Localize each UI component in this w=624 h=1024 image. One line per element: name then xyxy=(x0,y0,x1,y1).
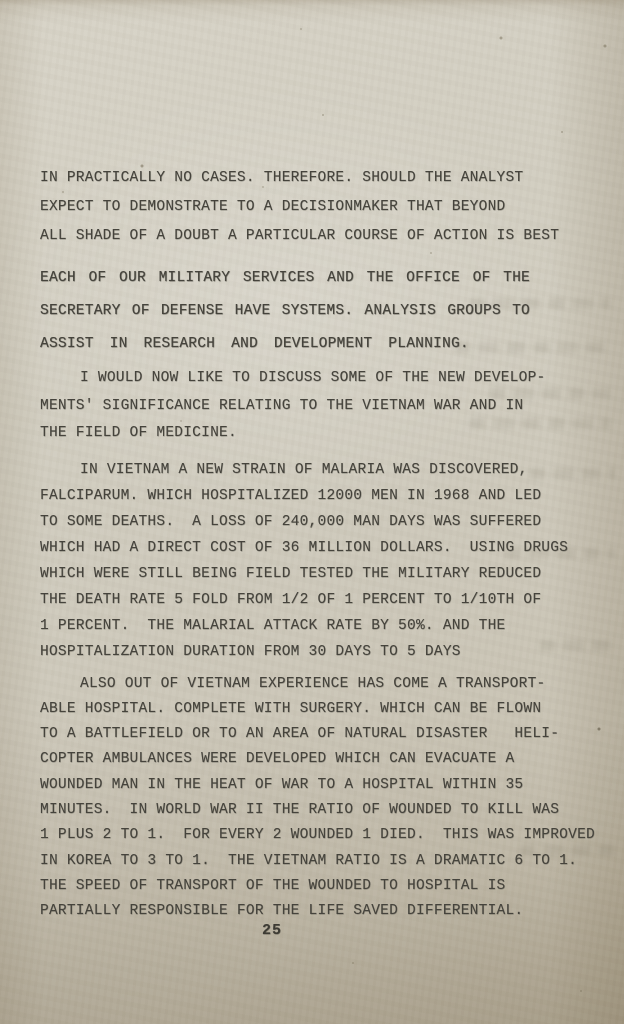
typewritten-line: I WOULD NOW LIKE TO DISCUSS SOME OF THE … xyxy=(40,365,596,393)
typewritten-line: IN VIETNAM A NEW STRAIN OF MALARIA WAS D… xyxy=(40,457,596,483)
typewritten-line: ALSO OUT OF VIETNAM EXPERIENCE HAS COME … xyxy=(40,672,596,697)
page-number: 25 xyxy=(262,922,282,939)
paragraph-analyst-caveat: IN PRACTICALLY NO CASES. THEREFORE. SHOU… xyxy=(40,164,596,251)
typewritten-line: ABLE HOSPITAL. COMPLETE WITH SURGERY. WH… xyxy=(40,697,596,722)
typewritten-line: WOUNDED MAN IN THE HEAT OF WAR TO A HOSP… xyxy=(40,773,596,798)
paper-speckles xyxy=(0,0,2,2)
typewritten-line: TO A BATTLEFIELD OR TO AN AREA OF NATURA… xyxy=(40,722,596,747)
typewritten-line: EACH OF OUR MILITARY SERVICES AND THE OF… xyxy=(40,262,530,295)
typewritten-line: WHICH HAD A DIRECT COST OF 36 MILLION DO… xyxy=(40,535,596,561)
typewritten-line: IN PRACTICALLY NO CASES. THEREFORE. SHOU… xyxy=(40,164,596,193)
typewritten-line: FALCIPARUM. WHICH HOSPITALIZED 12000 MEN… xyxy=(40,483,596,509)
paragraph-new-developments: I WOULD NOW LIKE TO DISCUSS SOME OF THE … xyxy=(40,365,596,448)
typewritten-line: 1 PLUS 2 TO 1. FOR EVERY 2 WOUNDED 1 DIE… xyxy=(40,823,596,848)
paragraph-transportable-hospital: ALSO OUT OF VIETNAM EXPERIENCE HAS COME … xyxy=(40,672,596,925)
paragraph-malaria: IN VIETNAM A NEW STRAIN OF MALARIA WAS D… xyxy=(40,457,596,665)
typewritten-line: MENTS' SIGNIFICANCE RELATING TO THE VIET… xyxy=(40,393,596,421)
typewritten-line: SECRETARY OF DEFENSE HAVE SYSTEMS. ANALY… xyxy=(40,295,530,328)
typewritten-line: 1 PERCENT. THE MALARIAL ATTACK RATE BY 5… xyxy=(40,613,596,639)
typewritten-line: PARTIALLY RESPONSIBLE FOR THE LIFE SAVED… xyxy=(40,899,596,924)
paragraph-systems-analysis-groups: EACH OF OUR MILITARY SERVICES AND THE OF… xyxy=(40,262,530,361)
typewritten-line: WHICH WERE STILL BEING FIELD TESTED THE … xyxy=(40,561,596,587)
typewritten-line: THE FIELD OF MEDICINE. xyxy=(40,420,596,448)
typewritten-line: ASSIST IN RESEARCH AND DEVELOPMENT PLANN… xyxy=(40,328,530,361)
typewritten-line: ALL SHADE OF A DOUBT A PARTICULAR COURSE… xyxy=(40,222,596,251)
typewritten-line: THE DEATH RATE 5 FOLD FROM 1/2 OF 1 PERC… xyxy=(40,587,596,613)
typewritten-text-block: IN PRACTICALLY NO CASES. THEREFORE. SHOU… xyxy=(40,164,596,924)
typewritten-line: THE SPEED OF TRANSPORT OF THE WOUNDED TO… xyxy=(40,874,596,899)
typewritten-line: EXPECT TO DEMONSTRATE TO A DECISIONMAKER… xyxy=(40,193,596,222)
typewritten-line: TO SOME DEATHS. A LOSS OF 240,000 MAN DA… xyxy=(40,509,596,535)
typewritten-line: COPTER AMBULANCES WERE DEVELOPED WHICH C… xyxy=(40,747,596,772)
scanned-document-page: IN PRACTICALLY NO CASES. THEREFORE. SHOU… xyxy=(0,0,624,1024)
typewritten-line: IN KOREA TO 3 TO 1. THE VIETNAM RATIO IS… xyxy=(40,849,596,874)
typewritten-line: HOSPITALIZATION DURATION FROM 30 DAYS TO… xyxy=(40,639,596,665)
typewritten-line: MINUTES. IN WORLD WAR II THE RATIO OF WO… xyxy=(40,798,596,823)
